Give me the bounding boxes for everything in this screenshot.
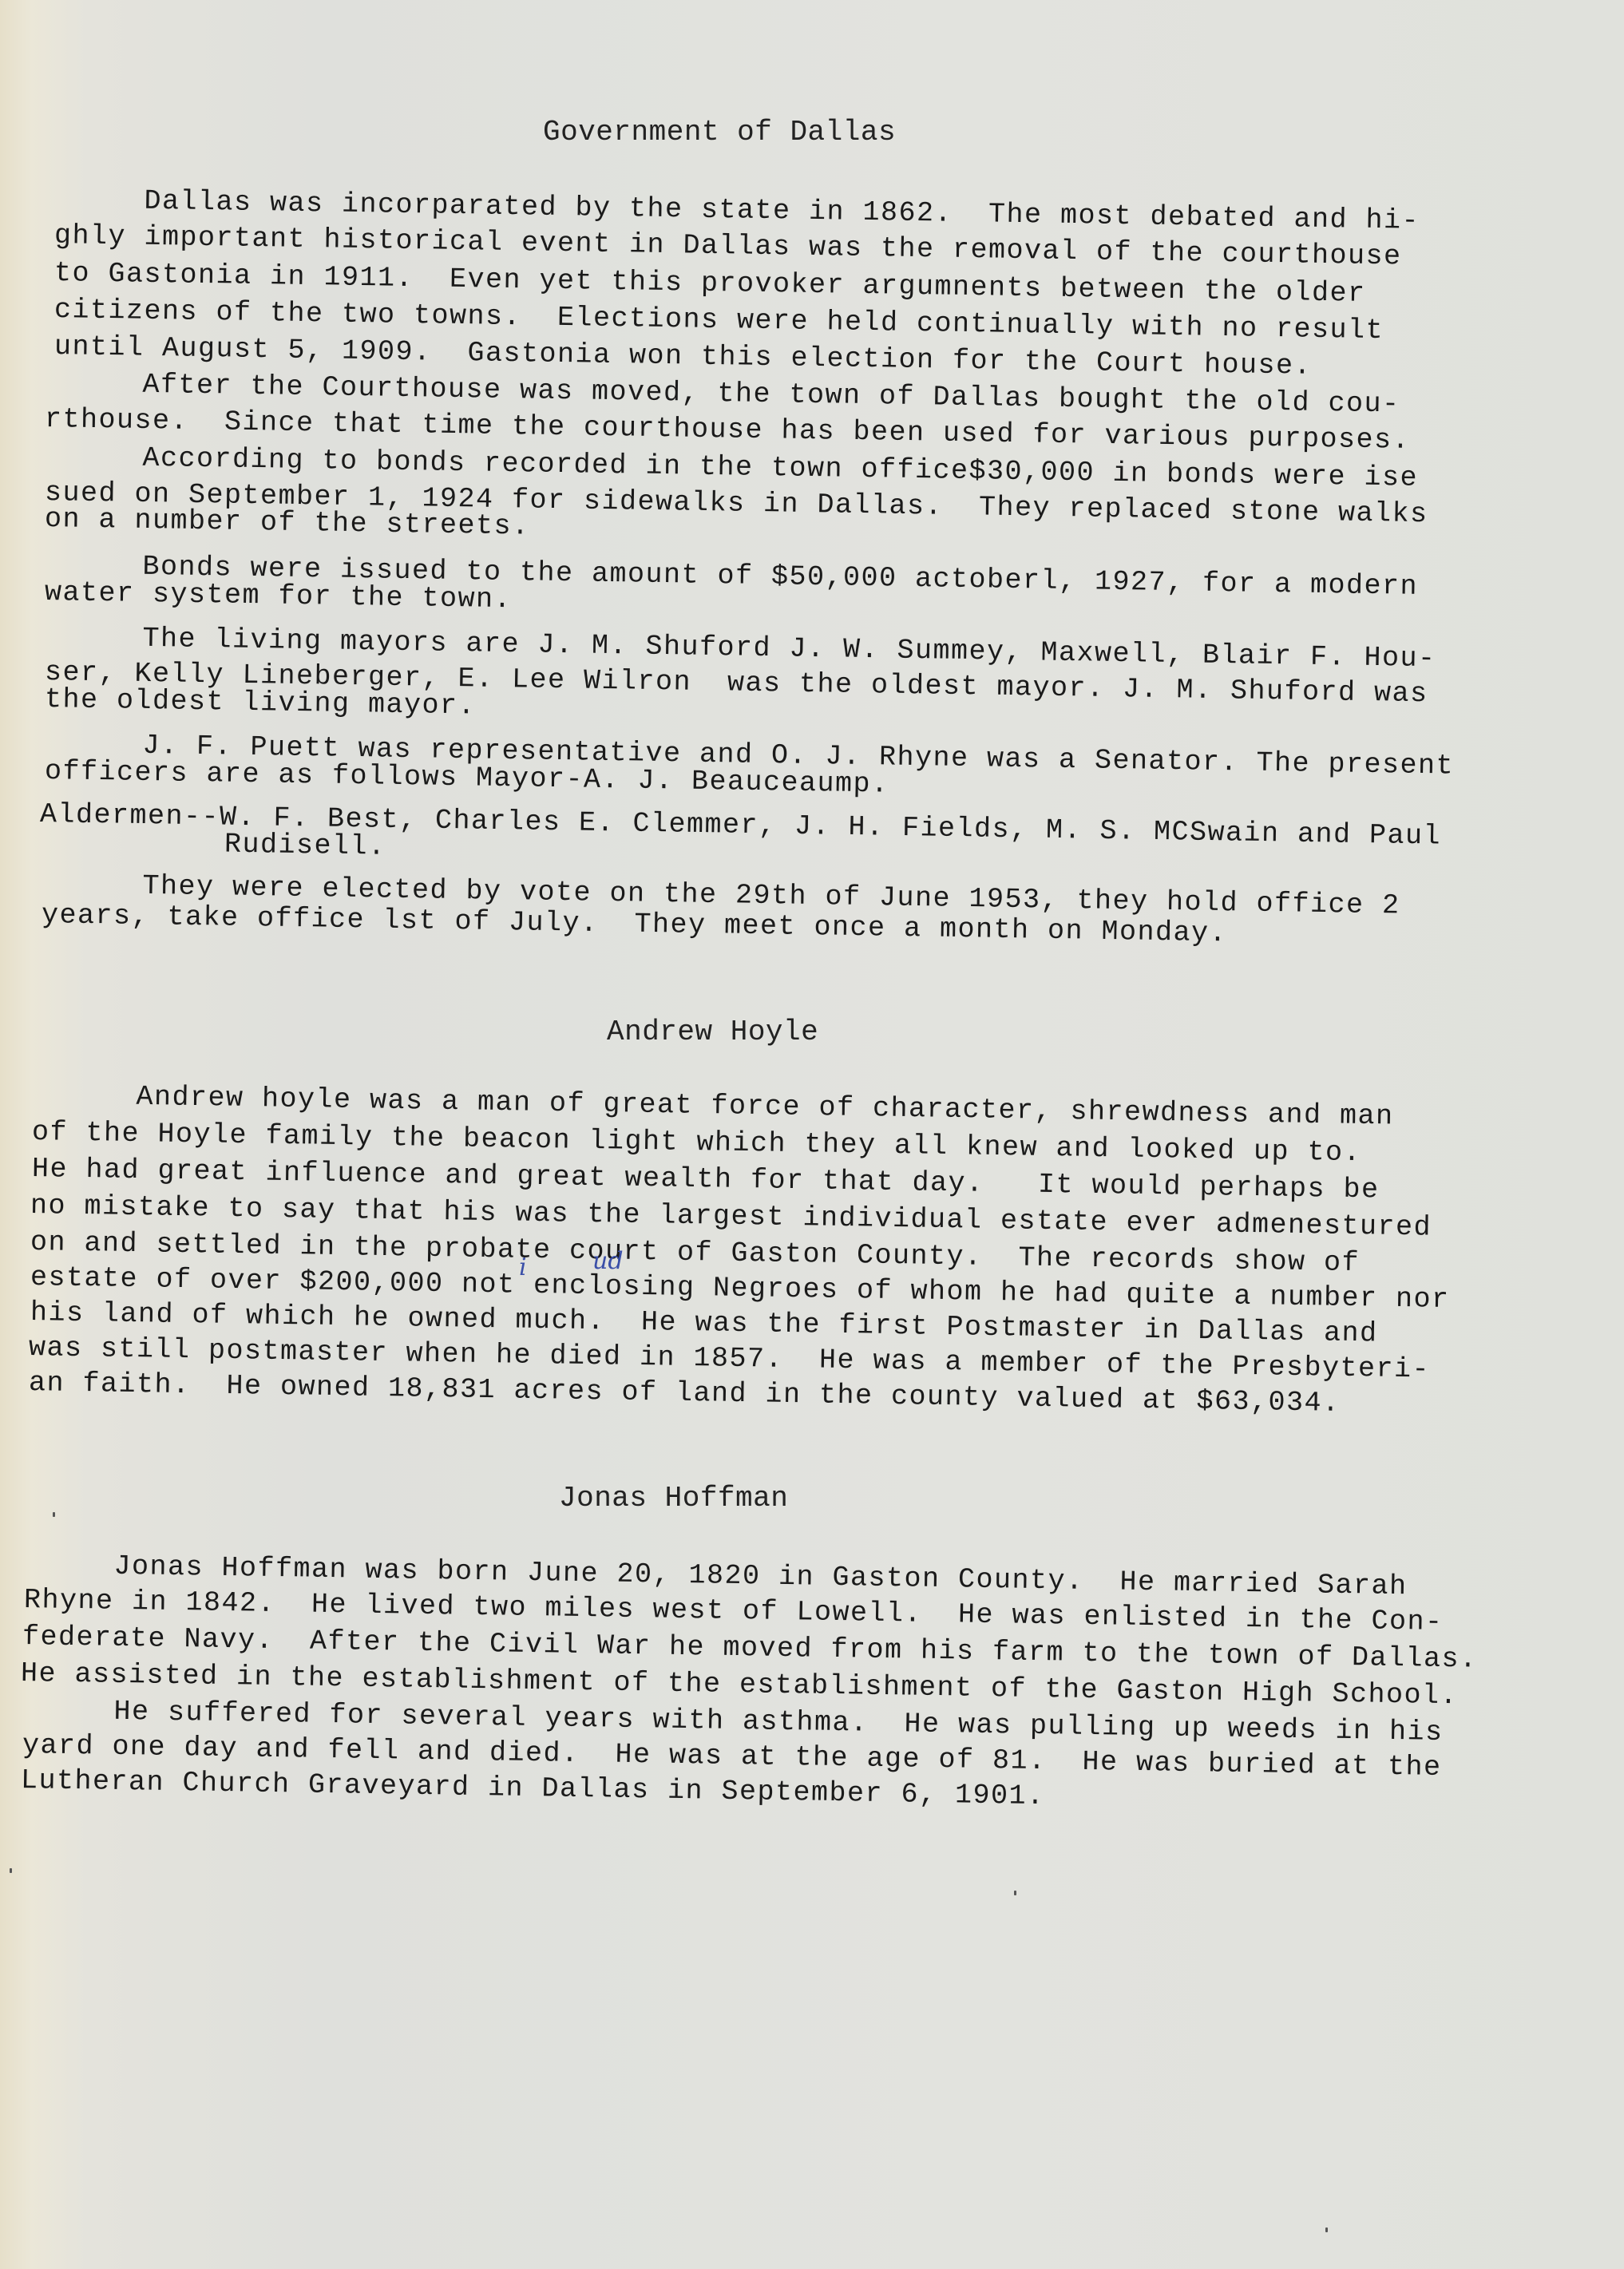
text-line: Rudisell. [45, 826, 386, 863]
paper-speck [1014, 1891, 1016, 1895]
handwritten-correction-i: i [519, 1253, 527, 1281]
section-title-government-of-dallas: Government of Dallas [543, 116, 896, 148]
text-line: on a number of the streets. [45, 503, 530, 543]
section-title-jonas-hoffman: Jonas Hoffman [559, 1482, 788, 1515]
typewritten-page: Government of Dallas Dallas was incorpar… [0, 0, 1624, 2269]
paper-speck [53, 1512, 55, 1517]
handwritten-correction-ud: ud [592, 1247, 624, 1275]
text-line: water system for the town. [45, 576, 513, 616]
paper-speck [1325, 2227, 1328, 2232]
text-line: the oldest living mayor. [45, 683, 477, 722]
paper-speck [10, 1868, 12, 1873]
section-title-andrew-hoyle: Andrew Hoyle [607, 1016, 818, 1048]
